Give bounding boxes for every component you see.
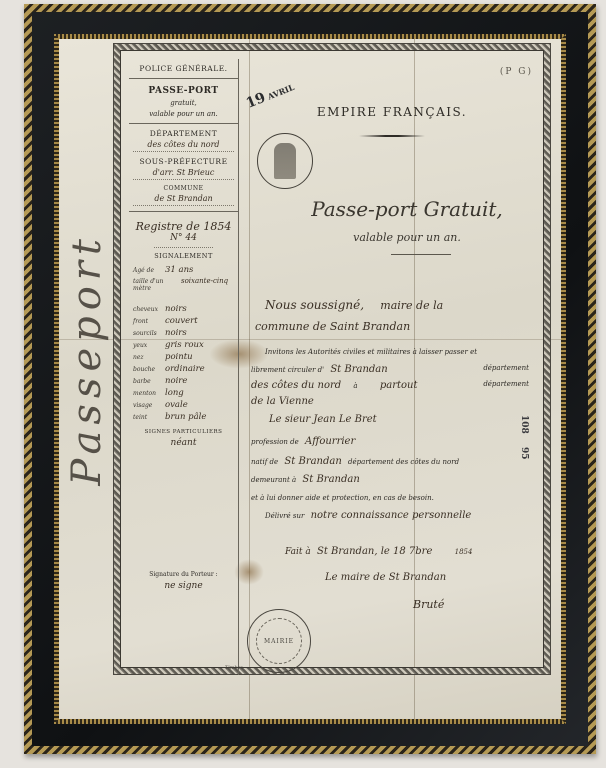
fait-line: Fait à St Brandan, le 18 7bre 1854 [281, 547, 529, 557]
commune-value: de St Brandan [133, 194, 234, 206]
passport-document: Passeport POLICE GÉNÉRALE. PASSE-PORT gr… [59, 39, 561, 719]
pg-mark: (P G) [500, 67, 533, 77]
departement-value: des côtes du nord [133, 140, 234, 152]
passport-main-section: (P G) 19 AVRIL EMPIRE FRANÇAIS. Passe-po… [241, 59, 543, 667]
signalement-row: visageovale [129, 399, 238, 411]
timbre-label: Timbre [225, 665, 243, 671]
registre-text: Registre de 1854 [133, 220, 234, 233]
registre-block: Registre de 1854 N° 44 SIGNALEMENT [129, 212, 238, 264]
sieur-line: Le sieur Jean Le Bret [265, 415, 529, 425]
signalement-row: nezpointu [129, 351, 238, 363]
age-row: Agé de 31 ans [129, 264, 238, 276]
mayor-signature: Bruté [409, 599, 529, 610]
signalement-row: yeuxgris roux [129, 339, 238, 351]
empire-heading: EMPIRE FRANÇAIS. [241, 105, 543, 119]
librement-line: librement circuler d' St Brandan départe… [251, 365, 529, 375]
signalement-row: frontcouvert [129, 315, 238, 327]
gratuit-text: gratuit, [133, 99, 234, 107]
signes-particuliers-label: SIGNES PARTICULIERS [129, 429, 238, 435]
picture-frame-black-band: Passeport POLICE GÉNÉRALE. PASSE-PORT gr… [32, 12, 588, 746]
signes-particuliers-value: néant [129, 438, 238, 448]
demeurant-line: demeurant à St Brandan [251, 475, 529, 485]
maire-line: Le maire de St Brandan [321, 573, 529, 583]
registre-number: N° 44 [133, 233, 234, 243]
signalement-label: SIGNALEMENT [154, 247, 213, 260]
sous-prefecture-label: SOUS-PRÉFECTURE [133, 157, 234, 166]
police-generale-heading: POLICE GÉNÉRALE. [133, 64, 234, 73]
invitons-line: Invitons les Autorités civiles et milita… [265, 349, 529, 356]
justice-figure-icon [274, 143, 296, 179]
porteur-signature-block: Signature du Porteur : ne signe [129, 571, 238, 591]
delivre-line: Délivré sur notre connaissance personnel… [265, 511, 529, 521]
de-la-line: de la Vienne [251, 397, 529, 407]
decorative-rule [391, 254, 451, 255]
sous-prefecture-value: d'arr. St Brieuc [133, 168, 234, 180]
signalement-row: barbenoire [129, 375, 238, 387]
ornamental-border: POLICE GÉNÉRALE. PASSE-PORT gratuit, val… [113, 43, 551, 675]
signalement-row: cheveuxnoirs [129, 303, 238, 315]
commune-label: COMMUNE [133, 185, 234, 192]
mairie-seal: MAIRIE [247, 609, 311, 673]
destination-line: des côtes du nord à partout département [251, 381, 529, 391]
passeport-heading: PASSE-PORT [133, 86, 234, 96]
picture-frame-inner-bead: Passeport POLICE GÉNÉRALE. PASSE-PORT gr… [54, 34, 566, 724]
signalement-row: sourcilsnoirs [129, 327, 238, 339]
stub-panel: POLICE GÉNÉRALE. PASSE-PORT gratuit, val… [129, 59, 239, 675]
signalement-row: boucheordinaire [129, 363, 238, 375]
signalement-row: mentonlong [129, 387, 238, 399]
taille-row: taille d'un mètre soixante-cinq [129, 276, 238, 293]
document-title: Passe-port Gratuit, [241, 197, 543, 221]
calligraphy-band: Passeport [65, 49, 109, 669]
serial-number-b: 95 [519, 447, 529, 460]
signalement-row: teintbrun pâle [129, 411, 238, 423]
picture-frame-outer-molding: Passeport POLICE GÉNÉRALE. PASSE-PORT gr… [24, 4, 596, 754]
profession-line: profession de Affourrier [251, 437, 529, 447]
decorative-rule [359, 135, 425, 137]
aide-line: et à lui donner aide et protection, en c… [251, 495, 529, 502]
commune-line: commune de Saint Brandan [251, 321, 529, 332]
departement-label: DÉPARTEMENT [133, 129, 234, 138]
natif-line: natif de St Brandan département des côte… [251, 457, 529, 467]
valable-text: valable pour un an. [133, 110, 234, 118]
porteur-signature-label: Signature du Porteur : [129, 571, 238, 578]
police-seal [257, 133, 313, 189]
porteur-signature-value: ne signe [129, 581, 238, 591]
nous-line: Nous soussigné, maire de la [261, 299, 529, 311]
serial-number-a: 108 [519, 415, 529, 434]
document-subtitle: valable pour un an. [241, 231, 543, 244]
